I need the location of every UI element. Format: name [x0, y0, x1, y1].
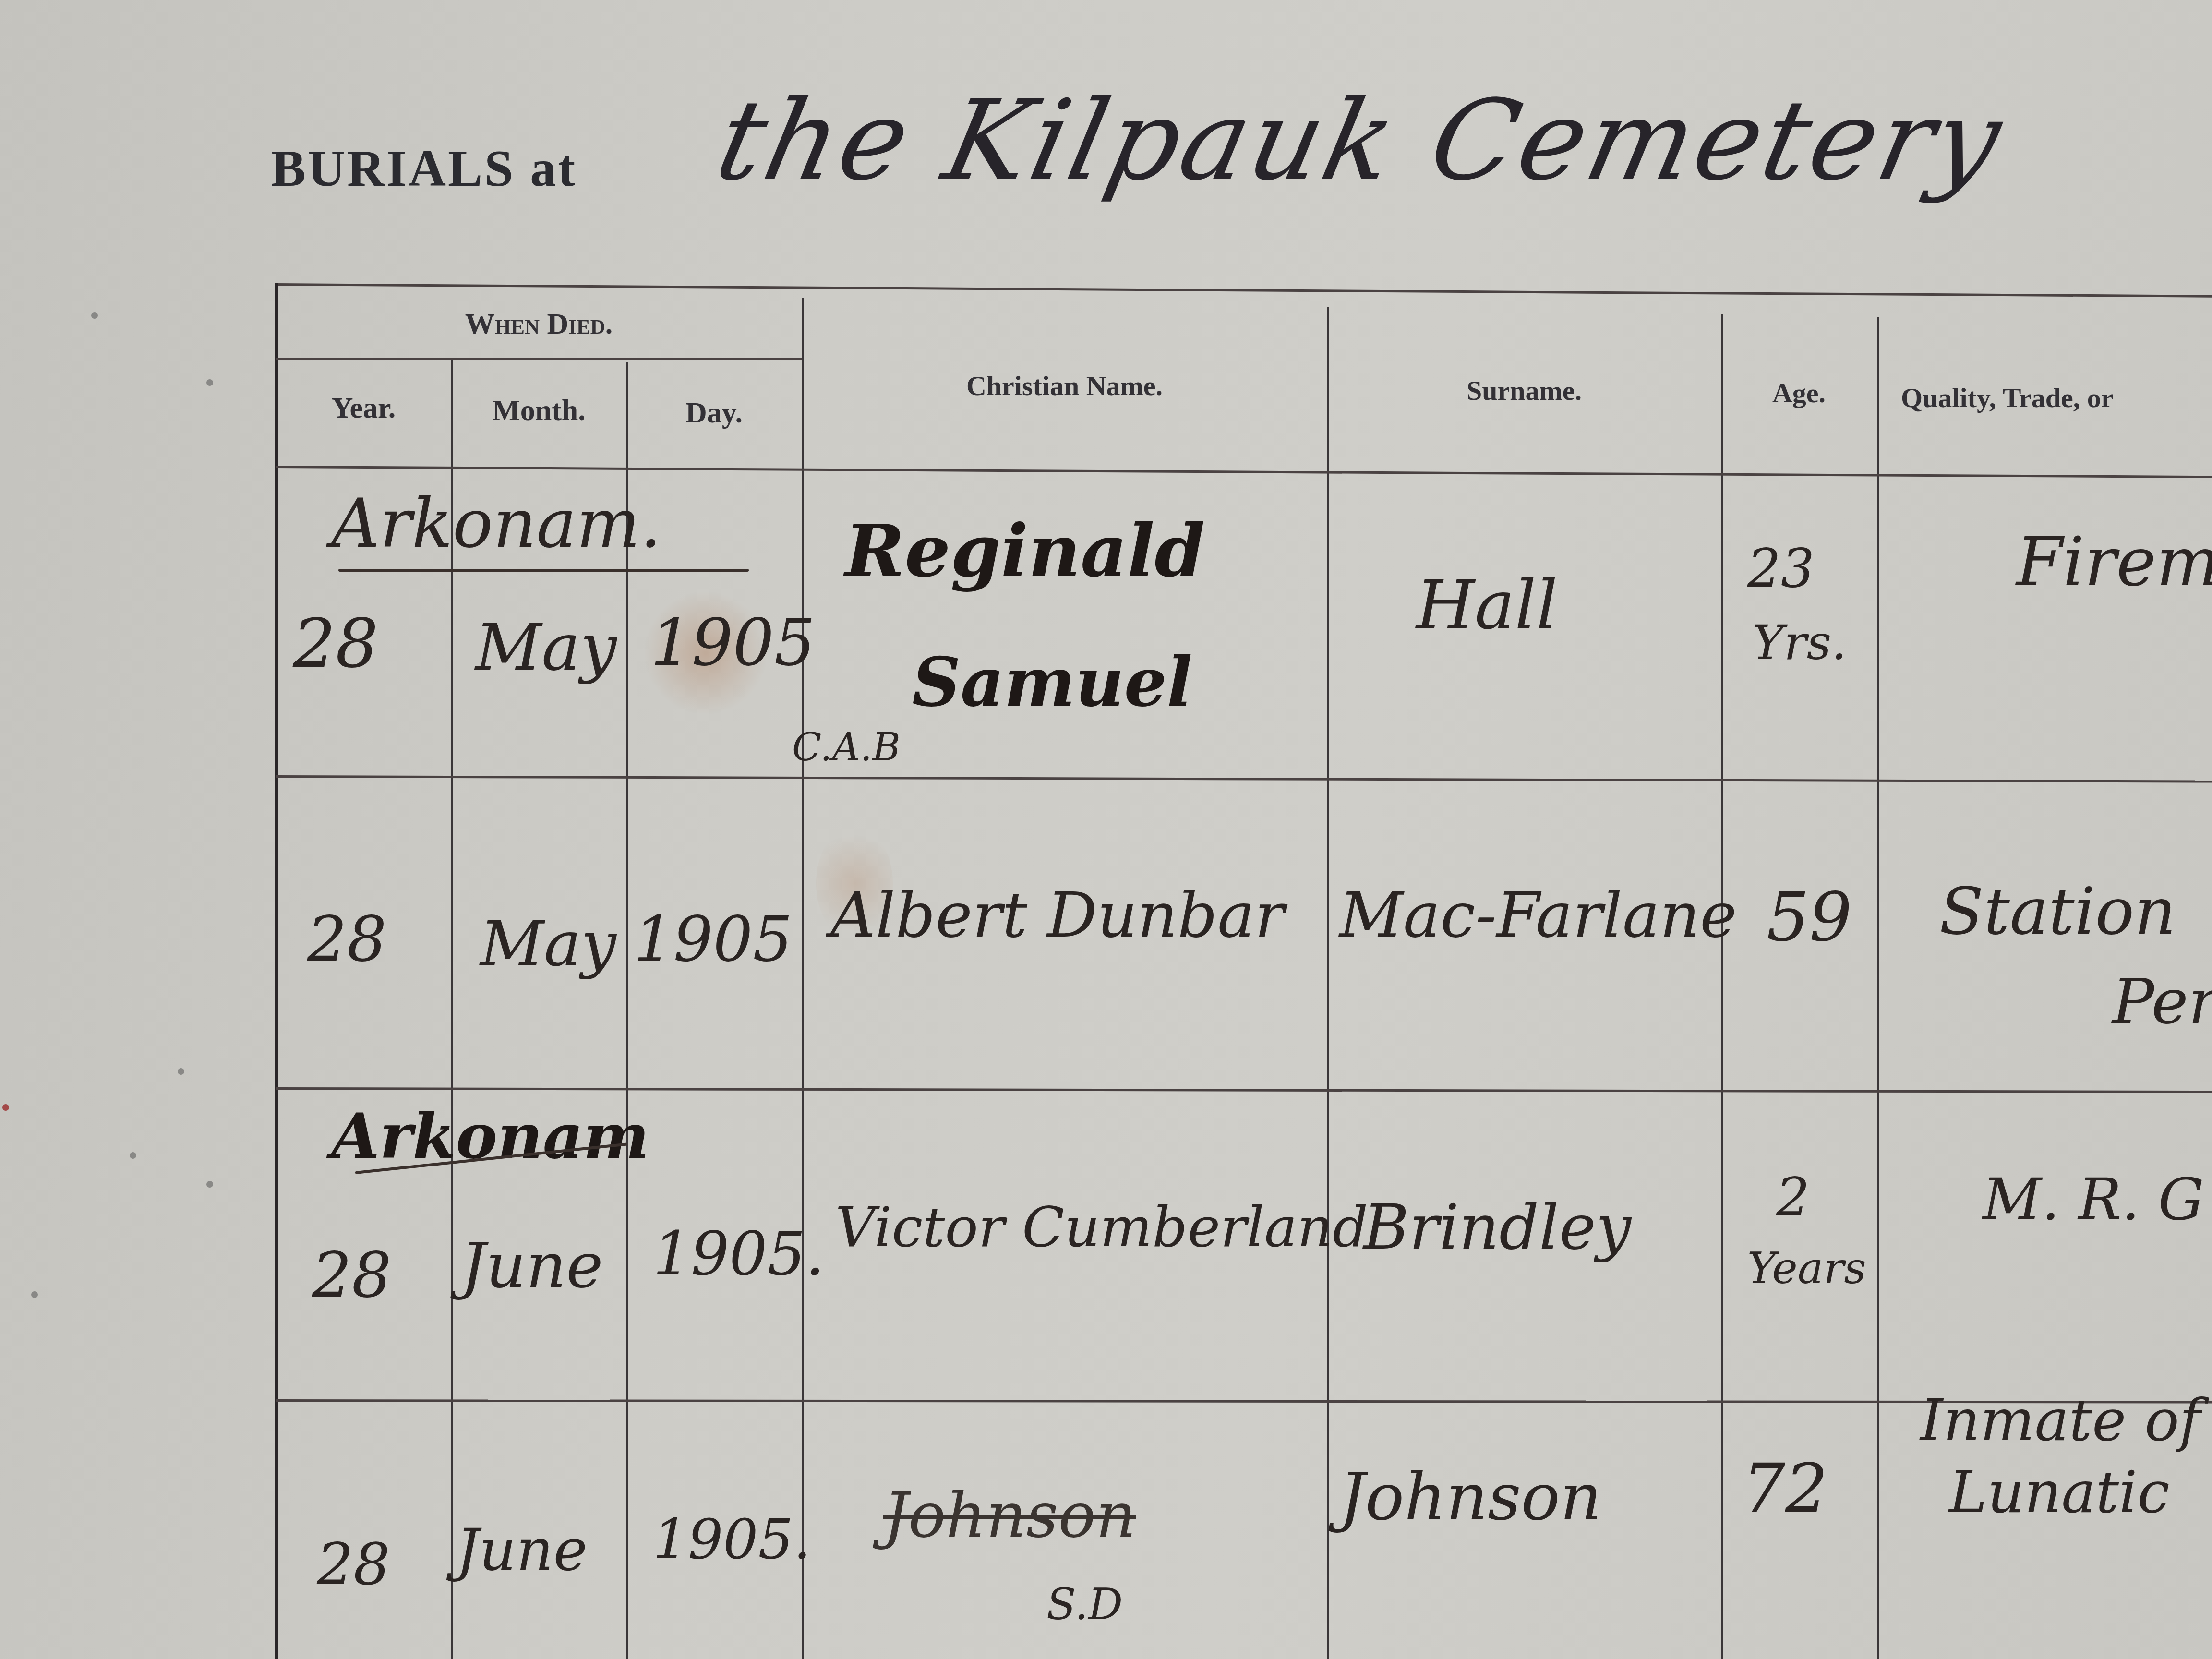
table-top-rule [276, 283, 2212, 298]
age-cell: 2 [1776, 1166, 1810, 1228]
col-rule-christian-surname [1327, 307, 1329, 1659]
age-unit: Years [1747, 1243, 1866, 1294]
row-day-cell: 1905 [650, 605, 816, 680]
row-rule-1 [276, 775, 2212, 783]
age-unit: Yrs. [1752, 614, 1847, 671]
quality-cell: Station [1939, 874, 2176, 949]
row-day-cell: 1905. [653, 1507, 811, 1572]
christian-name-cell-struck: Johnson [883, 1479, 1136, 1551]
row-day-cell: 1905. [653, 1219, 825, 1289]
note-underline [338, 569, 749, 572]
paper-speck [31, 1291, 38, 1298]
row-note: Arkonam [331, 1099, 649, 1173]
burial-register-page: BURIALS at the Kilpauk Cemetery When Die… [0, 0, 2212, 1659]
row-month-cell: June [461, 1229, 603, 1302]
quality-cell: Firem [2016, 523, 2212, 601]
row-year-cell: 28 [317, 1531, 390, 1598]
row-month-cell: June [456, 1517, 588, 1584]
christian-name-line1: Reginald [845, 509, 1205, 593]
paper-speck [178, 1068, 184, 1075]
col-rule-surname-age [1721, 314, 1723, 1659]
age-cell: 23 [1747, 538, 1815, 599]
when-died-subrule [276, 358, 802, 360]
row-year-cell: 28 [312, 1238, 391, 1311]
christian-name-line2: Samuel [912, 643, 1192, 722]
christian-name-cell: Albert Dunbar [830, 878, 1285, 951]
row-month-cell: May [480, 907, 616, 980]
header-christian-name: Christian Name. [802, 370, 1327, 402]
surname-cell: Hall [1416, 566, 1558, 645]
header-quality: Quality, Trade, or [1901, 382, 2212, 414]
header-year: Year. [276, 391, 451, 425]
quality-cell: M. R. G [1983, 1166, 2204, 1233]
header-bottom-rule [276, 466, 2212, 478]
title-printed: BURIALS at [271, 139, 577, 199]
header-surname: Surname. [1327, 374, 1721, 407]
christian-name-cell: Victor Cumberland [835, 1195, 1368, 1260]
registrar-initials: C.A.B [792, 725, 901, 769]
row-year-cell: 28 [293, 605, 378, 683]
surname-cell: Mac-Farlane [1339, 878, 1737, 951]
row-year-cell: 28 [307, 902, 386, 975]
header-month: Month. [451, 394, 626, 428]
header-age: Age. [1721, 377, 1877, 409]
paper-speck [206, 379, 213, 386]
paper-speck [91, 312, 98, 319]
row-day-cell: 1905 [634, 902, 793, 975]
table-left-border [275, 283, 278, 1659]
registrar-initials: S.D [1046, 1579, 1123, 1630]
age-cell: 72 [1743, 1450, 1828, 1528]
quality-cell-line2: Lunatic [1949, 1459, 2170, 1526]
paper-speck-red [2, 1104, 9, 1111]
col-rule-age-quality [1877, 317, 1879, 1659]
quality-cell-line2: Per [2112, 965, 2212, 1038]
surname-cell: Johnson [1339, 1459, 1602, 1535]
header-when-died: When Died. [276, 307, 802, 341]
header-day: Day. [626, 396, 802, 430]
col-rule-day-christian [802, 298, 804, 1659]
row-month-cell: May [475, 610, 617, 685]
age-cell: 59 [1767, 878, 1852, 957]
title-handwritten: the Kilpauk Cemetery [707, 77, 2015, 205]
row-rule-2 [276, 1087, 2212, 1093]
paper-speck [206, 1181, 213, 1188]
quality-cell: Inmate of [1920, 1387, 2200, 1454]
surname-cell: Brindley [1363, 1190, 1631, 1263]
row-note: Arkonam. [331, 485, 661, 563]
paper-speck [130, 1152, 136, 1159]
